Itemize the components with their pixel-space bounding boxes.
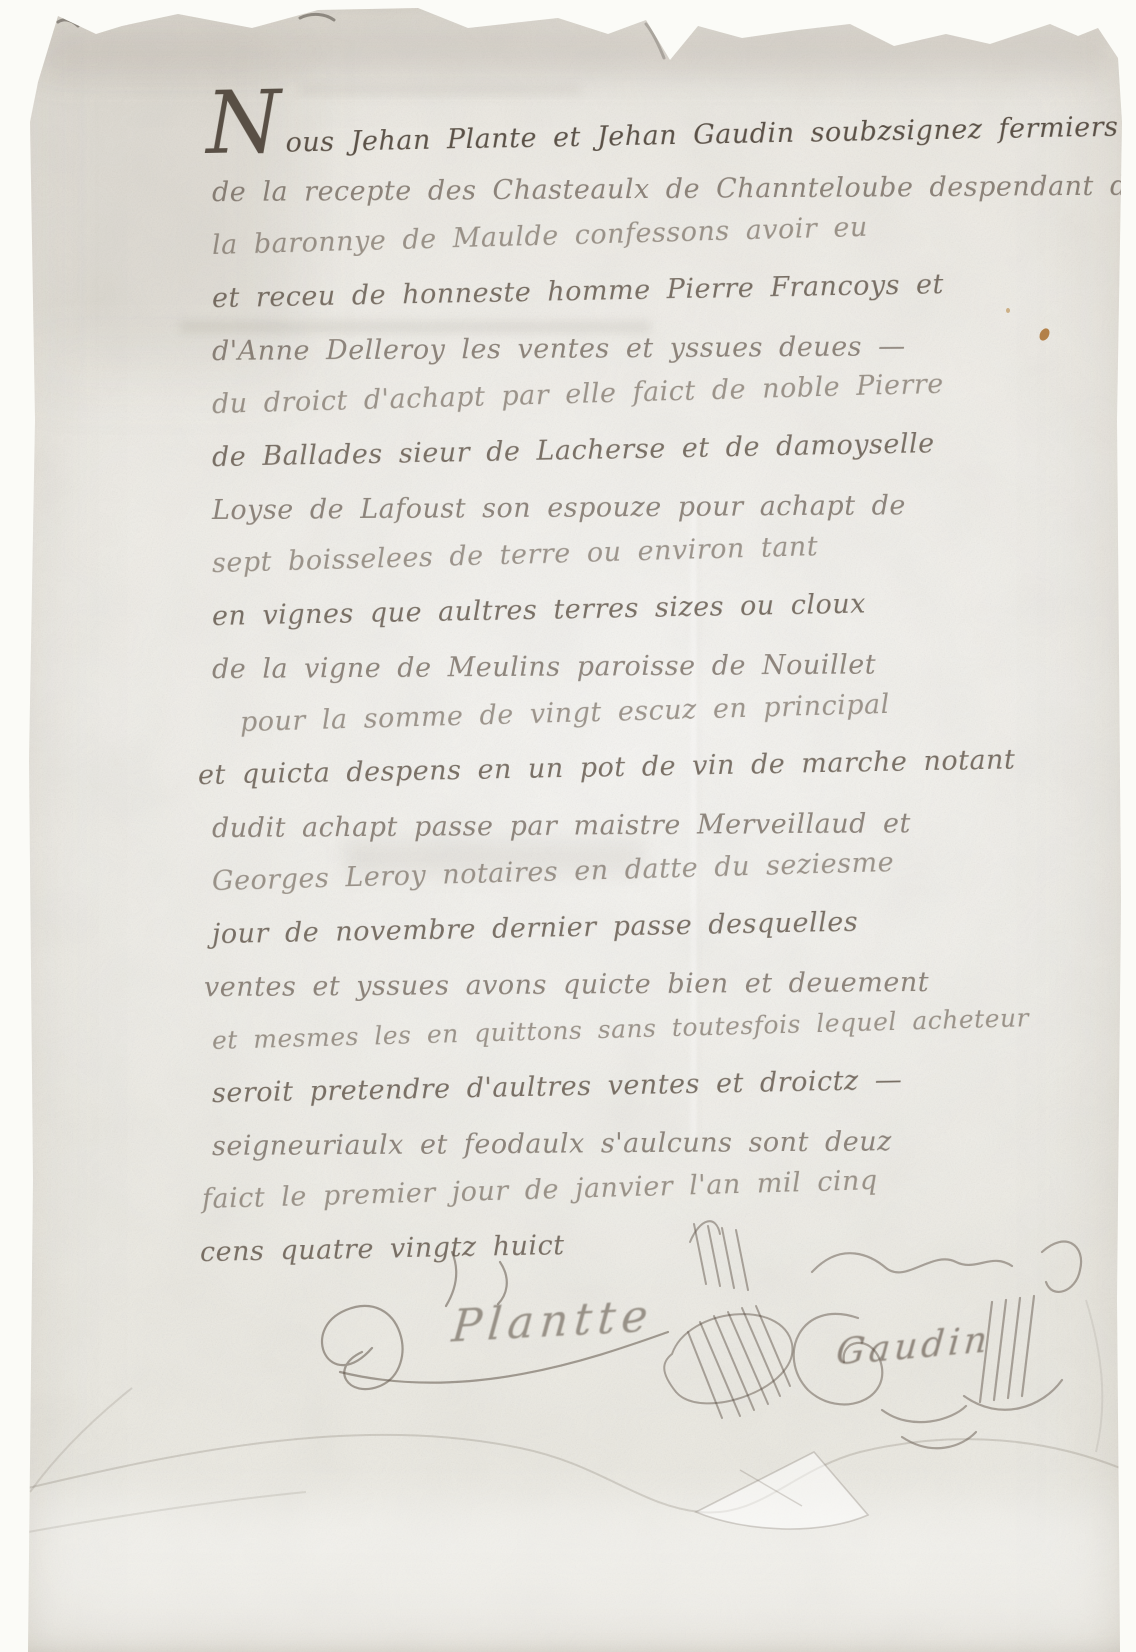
signature-plante: Plantte: [450, 1291, 656, 1353]
manuscript-text-block: Nous Jehan Plante et Jehan Gaudin soubzs…: [212, 88, 1072, 1279]
torn-edge-marks: [58, 12, 1130, 58]
paper-fold-flap: [696, 1452, 868, 1529]
torn-edge-shading: [40, 26, 1110, 78]
manuscript-line: Nous Jehan Plante et Jehan Gaudin soubzs…: [205, 71, 1072, 166]
bottom-lightening: [30, 1500, 1120, 1652]
scanned-document: Nous Jehan Plante et Jehan Gaudin soubzs…: [0, 0, 1136, 1652]
paper-sheet: Nous Jehan Plante et Jehan Gaudin soubzs…: [0, 0, 1136, 1652]
signature-gaudin: Gaudin: [834, 1319, 992, 1374]
